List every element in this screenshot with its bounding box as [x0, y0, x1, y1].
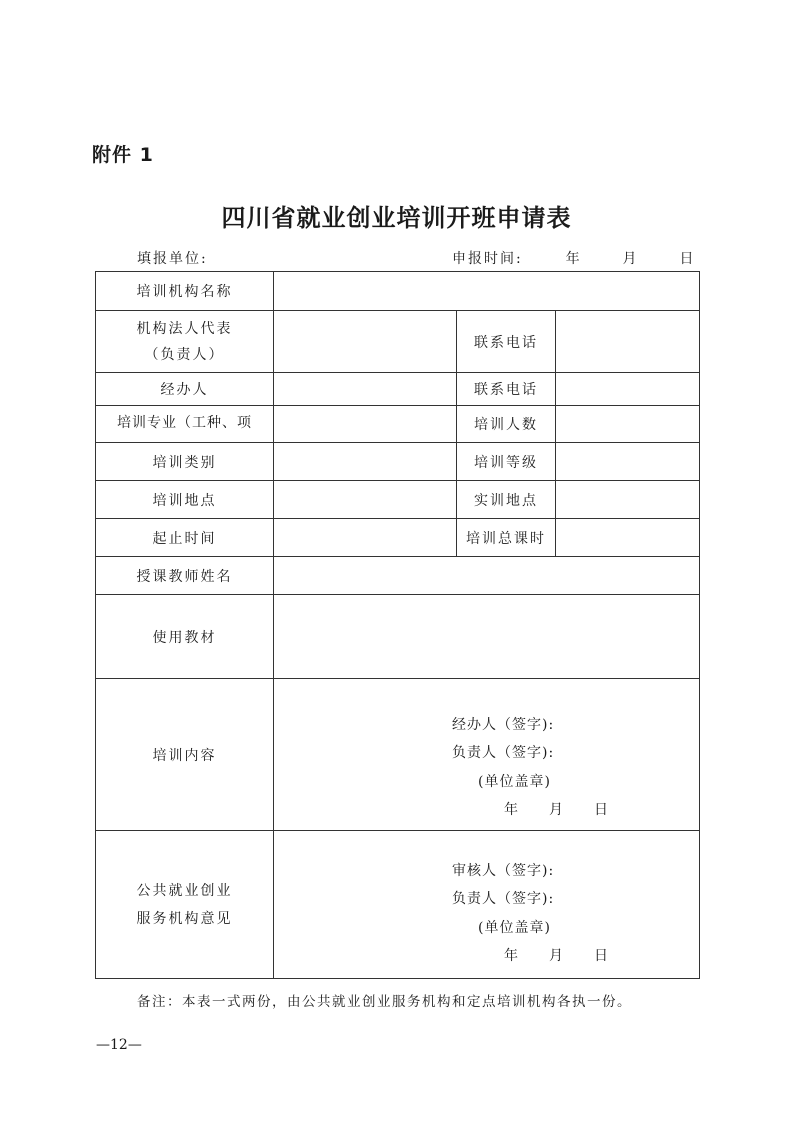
- opinion-signature-block: 审核人（签字): 负责人（签字): (单位盖章) 年 月 日: [274, 839, 699, 971]
- level-label: 培训等级: [457, 443, 556, 481]
- textbook-label: 使用教材: [96, 595, 274, 679]
- table-row: 经办人 联系电话: [96, 373, 700, 406]
- content-label: 培训内容: [96, 679, 274, 831]
- page-number: —12—: [96, 1037, 142, 1053]
- table-row: 授课教师姓名: [96, 557, 700, 595]
- attachment-label: 附件 1: [92, 140, 154, 167]
- table-row: 使用教材: [96, 595, 700, 679]
- report-date-day: 日: [679, 248, 695, 268]
- opinion-field[interactable]: 审核人（签字): 负责人（签字): (单位盖章) 年 月 日: [274, 831, 700, 979]
- opinion-date: 年 月 日: [452, 942, 699, 971]
- teachers-label: 授课教师姓名: [96, 557, 274, 595]
- textbook-field[interactable]: [274, 595, 700, 679]
- report-date-year: 年: [566, 248, 582, 268]
- handler-phone-field[interactable]: [556, 373, 700, 406]
- trainee-count-field[interactable]: [556, 406, 700, 443]
- opinion-reviewer-sign: 审核人（签字):: [452, 857, 699, 886]
- category-label: 培训类别: [96, 443, 274, 481]
- table-row: 起止时间 培训总课时: [96, 519, 700, 557]
- legal-rep-phone-field[interactable]: [556, 311, 700, 373]
- opinion-leader-sign: 负责人（签字):: [452, 885, 699, 914]
- level-field[interactable]: [556, 443, 700, 481]
- table-row: 培训内容 经办人（签字): 负责人（签字): (单位盖章) 年 月 日: [96, 679, 700, 831]
- opinion-label: 公共就业创业 服务机构意见: [96, 831, 274, 979]
- content-leader-sign: 负责人（签字):: [452, 739, 699, 768]
- total-hours-label: 培训总课时: [457, 519, 556, 557]
- teachers-field[interactable]: [274, 557, 700, 595]
- handler-field[interactable]: [274, 373, 457, 406]
- table-row: 培训机构名称: [96, 272, 700, 311]
- application-form-table: 培训机构名称 机构法人代表 （负责人） 联系电话 经办人 联系电话 培训专业（工…: [95, 271, 700, 979]
- content-field[interactable]: 经办人（签字): 负责人（签字): (单位盖章) 年 月 日: [274, 679, 700, 831]
- org-name-field[interactable]: [274, 272, 700, 311]
- practice-location-label: 实训地点: [457, 481, 556, 519]
- major-field[interactable]: [274, 406, 457, 443]
- form-title: 四川省就业创业培训开班申请表: [0, 198, 793, 233]
- report-date: 申报时间: 年 月 日: [452, 248, 695, 268]
- org-name-label: 培训机构名称: [96, 272, 274, 311]
- content-handler-sign: 经办人（签字):: [452, 711, 699, 740]
- legal-rep-label: 机构法人代表 （负责人）: [96, 311, 274, 373]
- period-field[interactable]: [274, 519, 457, 557]
- opinion-stamp: (单位盖章): [452, 914, 699, 943]
- content-stamp: (单位盖章): [452, 768, 699, 797]
- location-field[interactable]: [274, 481, 457, 519]
- period-label: 起止时间: [96, 519, 274, 557]
- trainee-count-label: 培训人数: [457, 406, 556, 443]
- practice-location-field[interactable]: [556, 481, 700, 519]
- table-row: 培训类别 培训等级: [96, 443, 700, 481]
- legal-rep-field[interactable]: [274, 311, 457, 373]
- content-signature-block: 经办人（签字): 负责人（签字): (单位盖章) 年 月 日: [274, 685, 699, 825]
- major-label: 培训专业（工种、项: [96, 406, 274, 443]
- location-label: 培训地点: [96, 481, 274, 519]
- handler-phone-label: 联系电话: [457, 373, 556, 406]
- category-field[interactable]: [274, 443, 457, 481]
- fill-unit-label: 填报单位:: [137, 248, 208, 268]
- footnote: 备注：本表一式两份，由公共就业创业服务机构和定点培训机构各执一份。: [137, 990, 632, 1010]
- table-row: 机构法人代表 （负责人） 联系电话: [96, 311, 700, 373]
- report-date-month: 月: [623, 248, 639, 268]
- table-row: 培训地点 实训地点: [96, 481, 700, 519]
- legal-rep-phone-label: 联系电话: [457, 311, 556, 373]
- table-row: 公共就业创业 服务机构意见 审核人（签字): 负责人（签字): (单位盖章) 年…: [96, 831, 700, 979]
- report-date-label: 申报时间:: [452, 248, 523, 268]
- content-date: 年 月 日: [452, 796, 699, 825]
- total-hours-field[interactable]: [556, 519, 700, 557]
- table-row: 培训专业（工种、项 培训人数: [96, 406, 700, 443]
- handler-label: 经办人: [96, 373, 274, 406]
